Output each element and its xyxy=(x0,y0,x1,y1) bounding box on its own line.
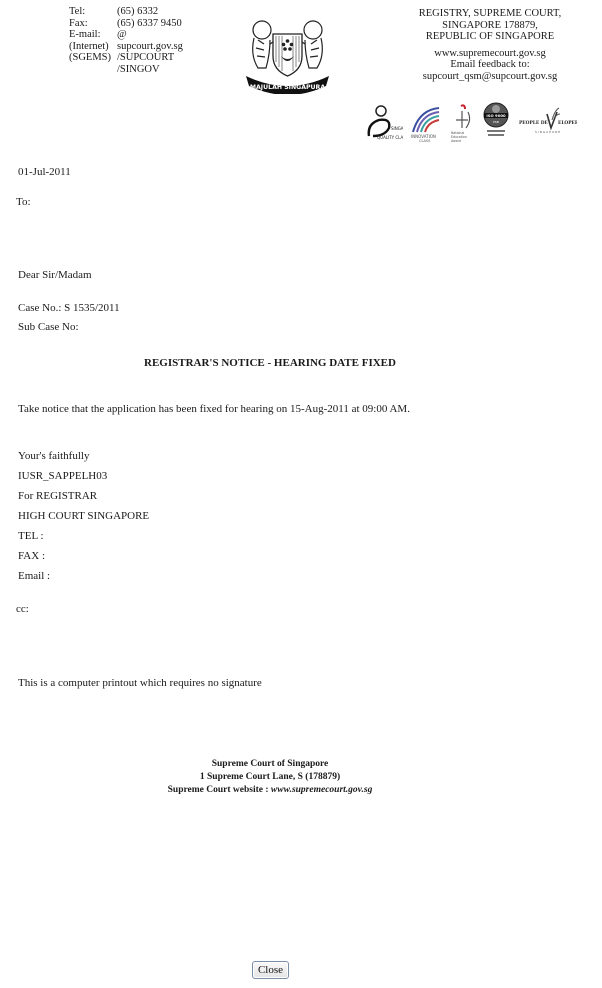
footer-website-label: Supreme Court website : xyxy=(168,785,271,795)
svg-text:CLASS: CLASS xyxy=(419,139,431,142)
email-line: Email : xyxy=(18,570,50,582)
singapore-quality-class-logo-icon: SINGAPORE QUALITY CLASS xyxy=(365,102,403,142)
contact-value: /SINGOV xyxy=(117,64,160,76)
salutation: Dear Sir/Madam xyxy=(18,269,92,281)
contact-value: @ xyxy=(117,29,127,41)
registry-address: REGISTRY, SUPREME COURT, SINGAPORE 17887… xyxy=(385,8,595,82)
registry-line-2: SINGAPORE 178879, xyxy=(385,20,595,32)
singapore-coat-of-arms-icon: MAJULAH SINGAPURA xyxy=(240,10,335,94)
cc-label: cc: xyxy=(16,603,29,615)
contact-row-tel: Tel: (65) 6332 xyxy=(69,6,183,18)
letter-date: 01-Jul-2011 xyxy=(18,166,71,178)
no-signature-note: This is a computer printout which requir… xyxy=(18,677,262,689)
innovation-class-logo-icon: INNOVATION CLASS xyxy=(409,102,443,142)
footer-address: 1 Supreme Court Lane, S (178879) xyxy=(0,771,540,784)
contact-value: (65) 6337 9450 xyxy=(117,18,182,30)
contact-block: Tel: (65) 6332 Fax: (65) 6337 9450 E-mai… xyxy=(69,6,183,75)
people-developer-logo-icon: PEOPLE DE ELOPER S I N G A P O R E xyxy=(517,102,577,142)
registry-line-3: REPUBLIC OF SINGAPORE xyxy=(385,31,595,43)
fax-line: FAX : xyxy=(18,550,45,562)
case-number: Case No.: S 1535/2011 xyxy=(18,302,120,314)
svg-text:SINGAPORE: SINGAPORE xyxy=(391,126,403,131)
footer-website-link[interactable]: www.supremecourt.gov.sg xyxy=(271,785,372,795)
contact-label xyxy=(69,64,117,76)
svg-text:PEOPLE DE: PEOPLE DE xyxy=(519,121,549,126)
contact-label: (SGEMS) xyxy=(69,52,117,64)
contact-row-sgems: (SGEMS) /SUPCOURT xyxy=(69,52,183,64)
contact-value: supcourt.gov.sg xyxy=(117,41,183,53)
iso-9000-logo-icon: ISO 9000 PSB xyxy=(481,101,511,143)
close-button[interactable]: Close xyxy=(252,961,289,979)
contact-row-internet: (Internet) supcourt.gov.sg xyxy=(69,41,183,53)
contact-value: (65) 6332 xyxy=(117,6,158,18)
svg-text:PSB: PSB xyxy=(493,120,499,124)
crest-motto: MAJULAH SINGAPURA xyxy=(250,84,325,91)
footer-court-name: Supreme Court of Singapore xyxy=(0,758,540,771)
svg-text:ELOPER: ELOPER xyxy=(558,121,577,126)
tel-line: TEL : xyxy=(18,530,44,542)
contact-label: (Internet) xyxy=(69,41,117,53)
contact-label: Tel: xyxy=(69,6,117,18)
sub-case-number: Sub Case No: xyxy=(18,321,79,333)
to-label: To: xyxy=(16,196,31,208)
contact-label: Fax: xyxy=(69,18,117,30)
notice-title: REGISTRAR'S NOTICE - HEARING DATE FIXED xyxy=(0,357,540,369)
notice-body: Take notice that the application has bee… xyxy=(18,403,410,415)
contact-value: /SUPCOURT xyxy=(117,52,174,64)
footer: Supreme Court of Singapore 1 Supreme Cou… xyxy=(0,758,540,797)
for-registrar: For REGISTRAR xyxy=(18,490,97,502)
contact-label: E-mail: xyxy=(69,29,117,41)
feedback-label: Email feedback to: xyxy=(385,59,595,71)
svg-text:ISO 9000: ISO 9000 xyxy=(486,113,506,118)
court-name: HIGH COURT SINGAPORE xyxy=(18,510,149,522)
svg-text:S I N G A P O R E: S I N G A P O R E xyxy=(535,130,560,134)
svg-text:Award: Award xyxy=(451,139,461,142)
registry-website: www.supremecourt.gov.sg xyxy=(385,48,595,60)
feedback-email: supcourt_qsm@supcourt.gov.sg xyxy=(385,71,595,83)
signer-id: IUSR_SAPPELH03 xyxy=(18,470,107,482)
award-logos: SINGAPORE QUALITY CLASS INNOVATION CLASS… xyxy=(365,100,585,144)
contact-row-email: E-mail: @ xyxy=(69,29,183,41)
closing: Your's faithfully xyxy=(18,450,89,462)
registry-line-1: REGISTRY, SUPREME COURT, xyxy=(385,8,595,20)
contact-row-sgems-2: /SINGOV xyxy=(69,64,183,76)
national-education-award-logo-icon: National Education Award xyxy=(449,102,475,142)
svg-text:QUALITY CLASS: QUALITY CLASS xyxy=(377,135,403,140)
contact-row-fax: Fax: (65) 6337 9450 xyxy=(69,18,183,30)
footer-website-line: Supreme Court website : www.supremecourt… xyxy=(0,784,540,797)
